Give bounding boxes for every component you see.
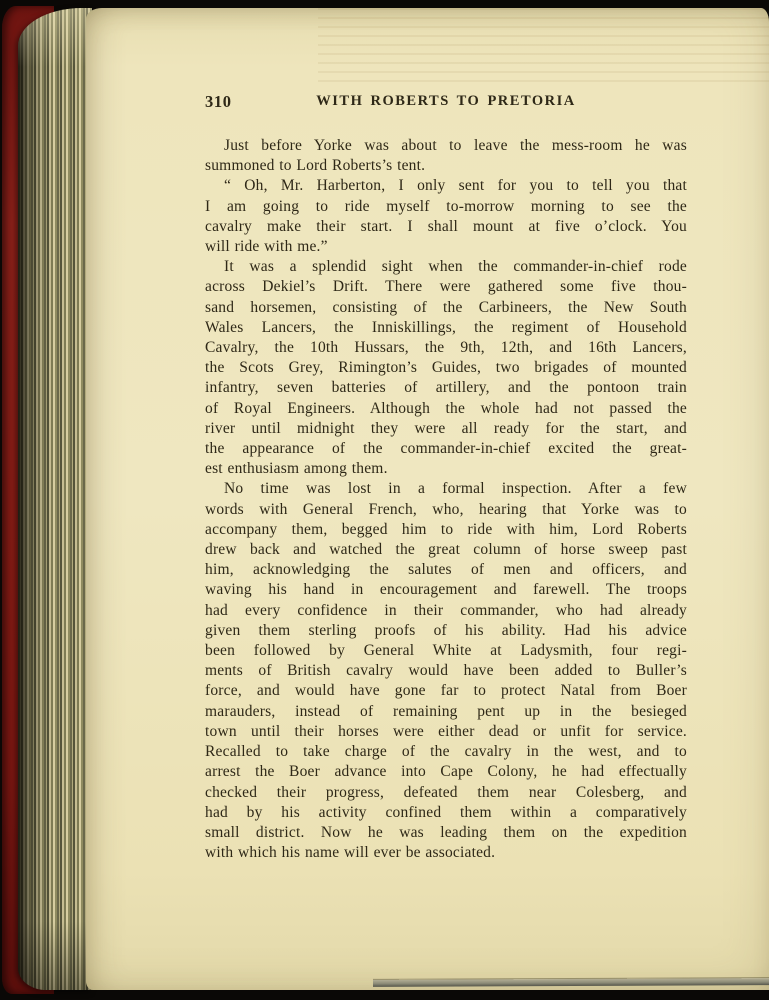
text-line: No time was lost in a formal inspection.…	[205, 479, 687, 499]
text-line: had every confidence in their commander,…	[205, 601, 687, 621]
text-line: cavalry make their start. I shall mount …	[205, 217, 687, 237]
running-header: 310 WITH ROBERTS TO PRETORIA	[205, 92, 687, 112]
text-line: words with General French, who, hearing …	[205, 500, 687, 520]
text-line: “ Oh, Mr. Harberton, I only sent for you…	[205, 176, 687, 196]
paragraph: It was a splendid sight when the command…	[205, 257, 687, 479]
text-line: checked their progress, defeated them ne…	[205, 783, 687, 803]
body-text: Just before Yorke was about to leave the…	[205, 136, 687, 863]
text-line: had by his activity confined them within…	[205, 803, 687, 823]
text-line: I am going to ride myself to-morrow morn…	[205, 197, 687, 217]
text-line: been followed by General White at Ladysm…	[205, 641, 687, 661]
text-line: river until midnight they were all ready…	[205, 419, 687, 439]
text-line: accompany them, begged him to ride with …	[205, 520, 687, 540]
text-line: him, acknowledging the salutes of men an…	[205, 560, 687, 580]
text-line: arrest the Boer advance into Cape Colony…	[205, 762, 687, 782]
paragraph: Just before Yorke was about to leave the…	[205, 136, 687, 176]
paragraph: “ Oh, Mr. Harberton, I only sent for you…	[205, 176, 687, 257]
text-line: marauders, instead of remaining pent up …	[205, 702, 687, 722]
book-page: 310 WITH ROBERTS TO PRETORIA Just before…	[86, 8, 769, 990]
text-line: sand horsemen, consisting of the Carbine…	[205, 298, 687, 318]
text-line: infantry, seven batteries of artillery, …	[205, 378, 687, 398]
text-line: given them sterling proofs of his abilit…	[205, 621, 687, 641]
text-line: summoned to Lord Roberts’s tent.	[205, 156, 687, 176]
text-line: the Scots Grey, Rimington’s Guides, two …	[205, 358, 687, 378]
text-line: town until their horses were either dead…	[205, 722, 687, 742]
text-line: across Dekiel’s Drift. There were gather…	[205, 277, 687, 297]
text-line: of Royal Engineers. Although the whole h…	[205, 399, 687, 419]
text-line: Wales Lancers, the Inniskillings, the re…	[205, 318, 687, 338]
text-line: waving his hand in encouragement and far…	[205, 580, 687, 600]
text-line: Just before Yorke was about to leave the…	[205, 136, 687, 156]
paper-texture	[318, 8, 769, 82]
text-line: with which his name will ever be associa…	[205, 843, 687, 863]
text-line: force, and would have gone far to protec…	[205, 681, 687, 701]
text-line: It was a splendid sight when the command…	[205, 257, 687, 277]
page-edges-stack	[18, 8, 92, 990]
text-line: est enthusiasm among them.	[205, 459, 687, 479]
paragraph: No time was lost in a formal inspection.…	[205, 479, 687, 863]
running-title: WITH ROBERTS TO PRETORIA	[205, 93, 687, 110]
text-block: 310 WITH ROBERTS TO PRETORIA Just before…	[205, 92, 687, 863]
scanned-book-photo: 310 WITH ROBERTS TO PRETORIA Just before…	[0, 0, 769, 1000]
page-bottom-edge	[373, 978, 769, 987]
text-line: the appearance of the commander-in-chief…	[205, 439, 687, 459]
text-line: ments of British cavalry would have been…	[205, 661, 687, 681]
text-line: small district. Now he was leading them …	[205, 823, 687, 843]
text-line: will ride with me.”	[205, 237, 687, 257]
text-line: Cavalry, the 10th Hussars, the 9th, 12th…	[205, 338, 687, 358]
text-line: drew back and watched the great column o…	[205, 540, 687, 560]
text-line: Recalled to take charge of the cavalry i…	[205, 742, 687, 762]
